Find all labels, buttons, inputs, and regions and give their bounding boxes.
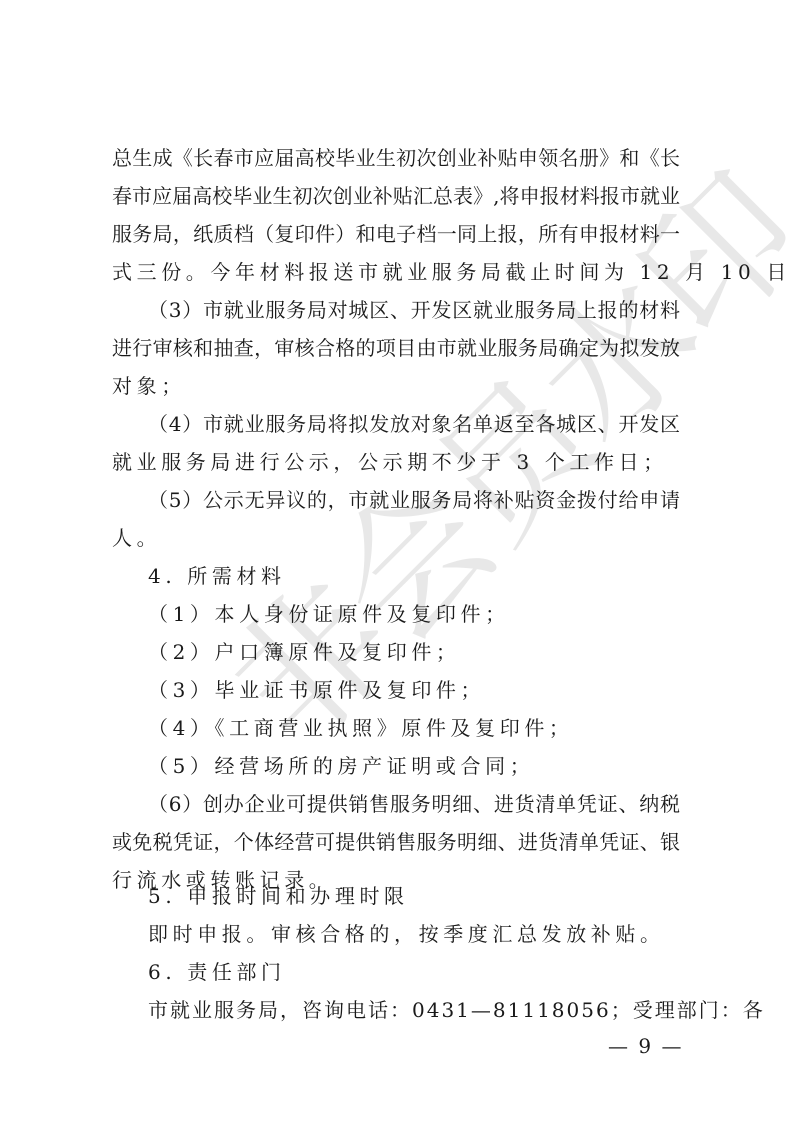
section-heading: 5. 申报时间和办理时限 — [148, 884, 680, 908]
paragraph-line: 对象； — [112, 374, 680, 398]
paragraph-line: 服务局，纸质档（复印件）和电子档一同上报，所有申报材料一 — [112, 222, 680, 246]
paragraph-line: （4）市就业服务局将拟发放对象名单返至各城区、开发区 — [148, 412, 680, 436]
list-item: （6）创办企业可提供销售服务明细、进货清单凭证、纳税 — [148, 792, 680, 816]
paragraph-line: 式三份。今年材料报送市就业服务局截止时间为 12 月 10 日； — [112, 260, 680, 284]
paragraph-line: 总生成《长春市应届高校毕业生初次创业补贴申领名册》和《长 — [112, 146, 680, 170]
paragraph-line: （3）市就业服务局对城区、开发区就业服务局上报的材料 — [148, 298, 680, 322]
list-item: （5）经营场所的房产证明或合同； — [148, 754, 680, 778]
paragraph-line: 市就业服务局，咨询电话：0431—81118056；受理部门：各 — [148, 998, 680, 1022]
list-item: （2）户口簿原件及复印件； — [148, 640, 680, 664]
paragraph-line: 或免税凭证，个体经营可提供销售服务明细、进货清单凭证、银 — [112, 830, 680, 854]
section-heading: 4. 所需材料 — [148, 564, 680, 588]
list-item: （4）《工商营业执照》原件及复印件； — [148, 716, 680, 740]
paragraph-line: 人。 — [112, 526, 680, 550]
list-item: （1）本人身份证原件及复印件； — [148, 602, 680, 626]
paragraph-line: 春市应届高校毕业生初次创业补贴汇总表》,将申报材料报市就业 — [112, 184, 680, 208]
section-heading: 6. 责任部门 — [148, 960, 680, 984]
page-number: — 9 — — [608, 1034, 683, 1058]
paragraph-line: （5）公示无异议的，市就业服务局将补贴资金拨付给申请 — [148, 488, 680, 512]
list-item: （3）毕业证书原件及复印件； — [148, 678, 680, 702]
paragraph-line: 即时申报。审核合格的，按季度汇总发放补贴。 — [148, 922, 680, 946]
paragraph-line: 就业服务局进行公示，公示期不少于 3 个工作日； — [112, 450, 680, 474]
paragraph-line: 进行审核和抽查，审核合格的项目由市就业服务局确定为拟发放 — [112, 336, 680, 360]
